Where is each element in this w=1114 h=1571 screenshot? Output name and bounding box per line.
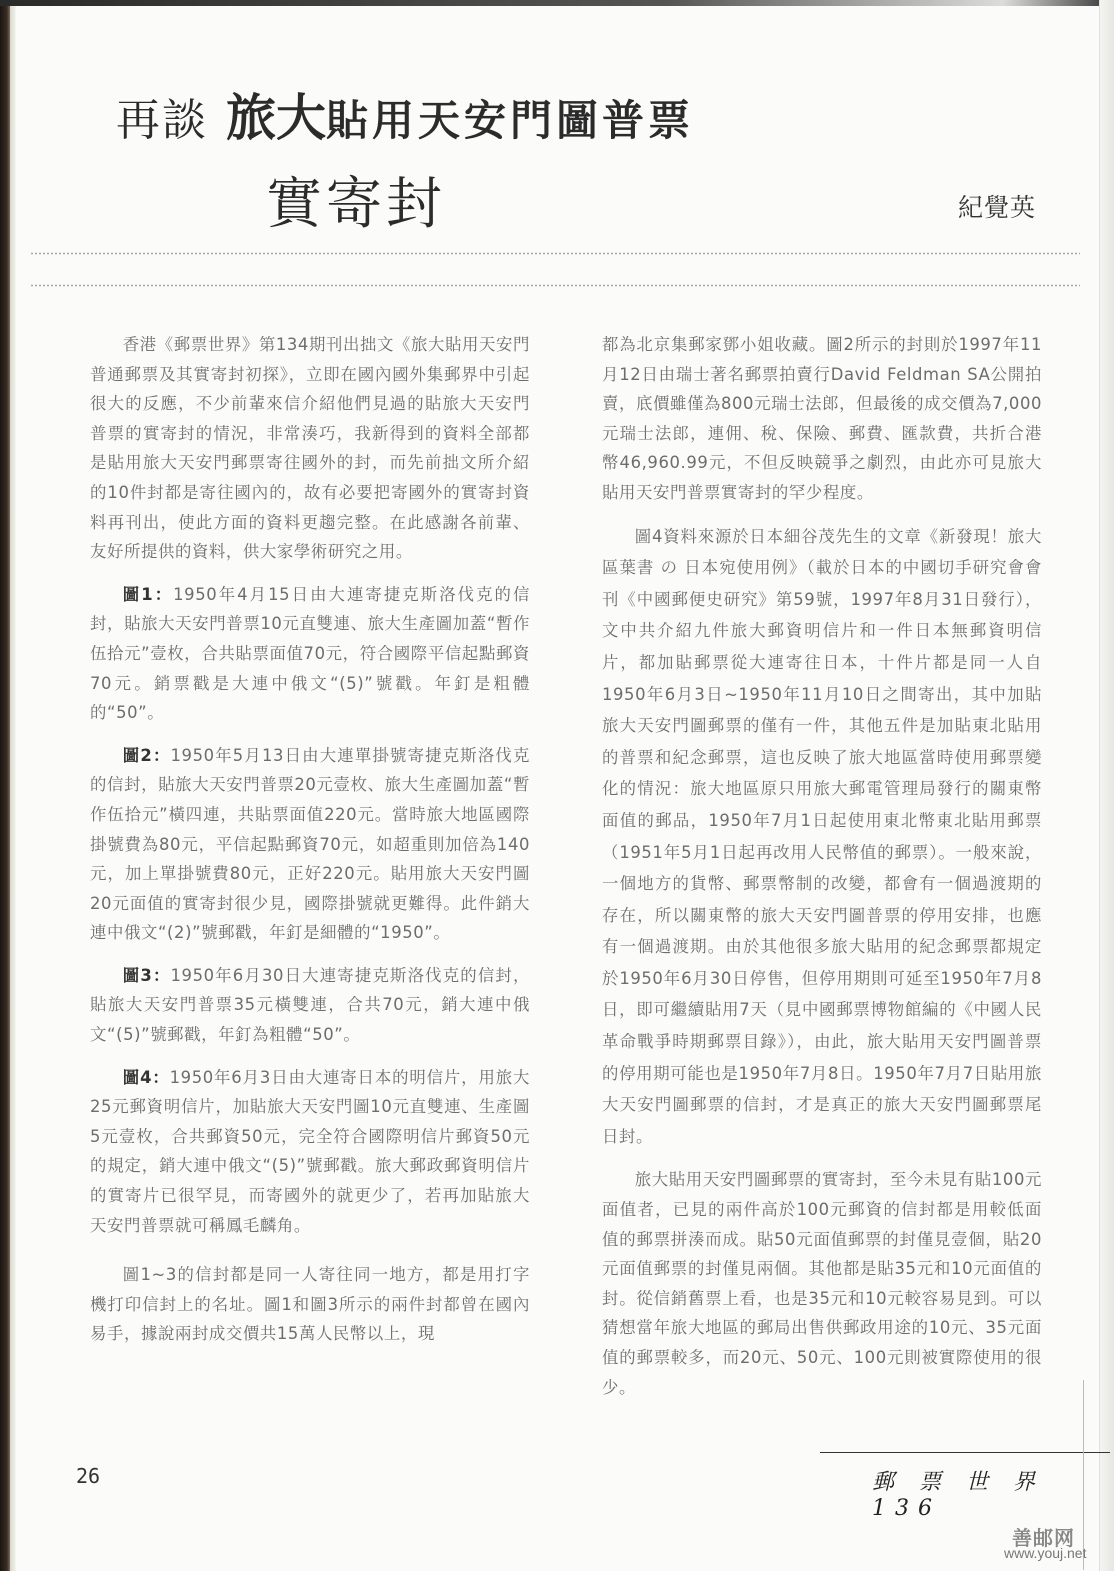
left-column: 香港《郵票世界》第134期刊出拙文《旅大貼用天安門普通郵票及其實寄封初探》，立即… (90, 330, 530, 1362)
paragraph-intro: 香港《郵票世界》第134期刊出拙文《旅大貼用天安門普通郵票及其實寄封初探》，立即… (90, 330, 530, 567)
magazine-issue: 郵 票 世 界 136 (872, 1465, 1114, 1521)
paragraph-figure-4: 圖4：1950年6月3日由大連寄日本的明信片，用旅大25元郵資明信片，加貼旅大天… (90, 1063, 530, 1241)
paragraph-covers-1-3: 圖1~3的信封都是同一人寄往同一地方，都是用打字機打印信封上的名址。圖1和圖3所… (90, 1260, 530, 1349)
header-divider-bottom (30, 284, 1080, 287)
paragraph-continued: 都為北京集郵家鄧小姐收藏。圖2所示的封則於1997年11月12日由瑞士著名郵票拍… (602, 330, 1042, 508)
article-title-line2: 實寄封 (266, 160, 446, 240)
page-binding-shadow (0, 0, 10, 1571)
watermark-url: www.youj.net (1004, 1545, 1086, 1561)
paragraph-conclusion: 旅大貼用天安門圖郵票的實寄封，至今未見有貼100元面值者，已見的兩件高於100元… (602, 1165, 1042, 1402)
figure-label: 圖2： (123, 746, 171, 765)
title-rest: 貼用天安門圖普票 (326, 96, 694, 145)
scan-right-edge (1099, 0, 1114, 1571)
paragraph-figure-2: 圖2：1950年5月13日由大連單掛號寄捷克斯洛伐克的信封，貼旅大天安門普票20… (90, 741, 530, 948)
page-edge (10, 0, 16, 1571)
article-title: 再談旅大貼用天安門圖普票 (116, 78, 694, 150)
figure-label: 圖3： (123, 966, 171, 985)
paragraph-figure-3: 圖3：1950年6月30日大連寄捷克斯洛伐克的信封，貼旅大天安門普票35元橫雙連… (90, 961, 530, 1050)
title-prefix: 再談 (116, 95, 208, 146)
figure-label: 圖1： (123, 585, 173, 604)
paragraph-figure-4-source: 圖4資料來源於日本細谷茂先生的文章《新發現！旅大區葉書 の 日本宛使用例》（載於… (602, 521, 1042, 1153)
author-name: 紀覺英 (958, 188, 1036, 224)
scan-top-edge (0, 0, 1114, 6)
paragraph-figure-1: 圖1：1950年4月15日由大連寄捷克斯洛伐克的信封，貼旅大天安門普票10元直雙… (90, 580, 530, 728)
figure-label: 圖4： (123, 1068, 170, 1087)
page-number: 26 (76, 1464, 100, 1488)
header-divider-top (30, 252, 1080, 255)
footer-rule (820, 1452, 1110, 1453)
right-column: 都為北京集郵家鄧小姐收藏。圖2所示的封則於1997年11月12日由瑞士著名郵票拍… (602, 330, 1042, 1415)
title-emphasis: 旅大 (226, 88, 326, 147)
